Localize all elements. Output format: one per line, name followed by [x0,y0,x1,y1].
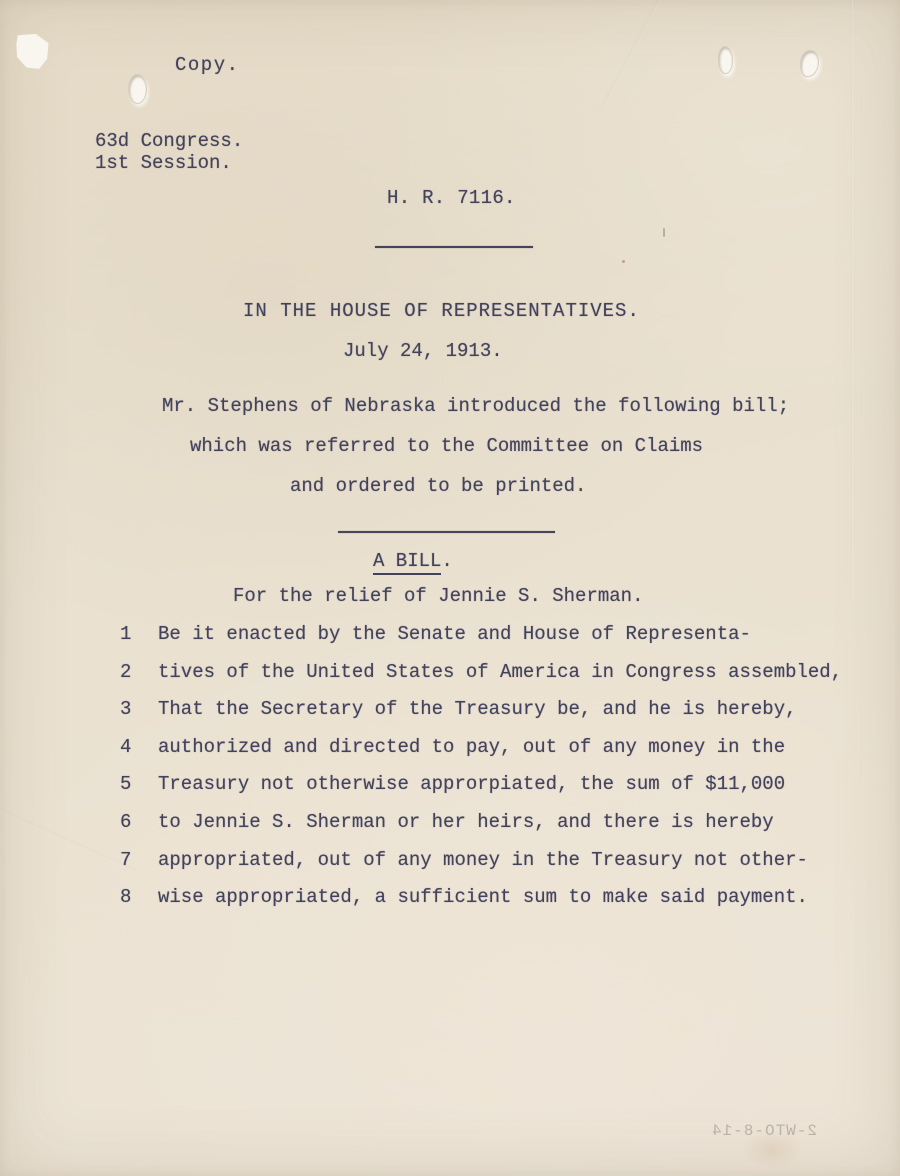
paper-speck [663,228,665,237]
bill-text-line: to Jennie S. Sherman or her heirs, and t… [158,810,774,834]
punch-hole [718,46,733,74]
bill-text-line: wise appropriated, a sufficient sum to m… [158,885,808,909]
bill-text-row: 7appropriated, out of any money in the T… [0,848,900,872]
line-number: 4 [120,735,131,759]
bill-heading-text: A BILL [373,550,441,575]
bill-text-row: 2tives of the United States of America i… [0,660,900,684]
bill-text-line: Be it enacted by the Senate and House of… [158,622,751,646]
bill-text-line: tives of the United States of America in… [158,660,842,684]
bill-text-row: 5Treasury not otherwise approrpiated, th… [0,772,900,796]
bill-number: H. R. 7116. [387,186,516,210]
bill-text-row: 1Be it enacted by the Senate and House o… [0,622,900,646]
bill-text-row: 3That the Secretary of the Treasury be, … [0,697,900,721]
bill-text-line: appropriated, out of any money in the Tr… [158,848,808,872]
bill-text-line: That the Secretary of the Treasury be, a… [158,697,797,721]
session-line: 1st Session. [95,151,232,175]
divider-rule [338,531,555,533]
short-title: For the relief of Jennie S. Sherman. [233,584,643,608]
scanned-bill-page: { "doc": { "copy_label": "Copy.", "congr… [0,0,900,1176]
line-number: 2 [120,660,131,684]
intro-line: which was referred to the Committee on C… [190,434,703,458]
paper-stain [742,1130,802,1170]
line-number: 8 [120,885,131,909]
divider-rule [375,246,533,248]
paper-speck [622,260,625,263]
bill-text-row: 6to Jennie S. Sherman or her heirs, and … [0,810,900,834]
bill-text-line: authorized and directed to pay, out of a… [158,735,785,759]
date-line: July 24, 1913. [343,339,503,363]
chamber-heading: IN THE HOUSE OF REPRESENTATIVES. [243,299,640,323]
intro-line: Mr. Stephens of Nebraska introduced the … [162,394,789,418]
line-number: 7 [120,848,131,872]
line-number: 1 [120,622,131,646]
bill-heading-period: . [441,550,452,572]
bill-text-row: 4authorized and directed to pay, out of … [0,735,900,759]
line-number: 3 [120,697,131,721]
punch-hole [128,74,147,104]
bill-heading: A BILL. [373,549,453,573]
line-number: 5 [120,772,131,796]
congress-line: 63d Congress. [95,129,243,153]
bill-text-line: Treasury not otherwise approrpiated, the… [158,772,785,796]
copy-label: Copy. [175,53,240,77]
line-number: 6 [120,810,131,834]
bill-text-row: 8wise appropriated, a sufficient sum to … [0,885,900,909]
intro-line: and ordered to be printed. [290,474,586,498]
